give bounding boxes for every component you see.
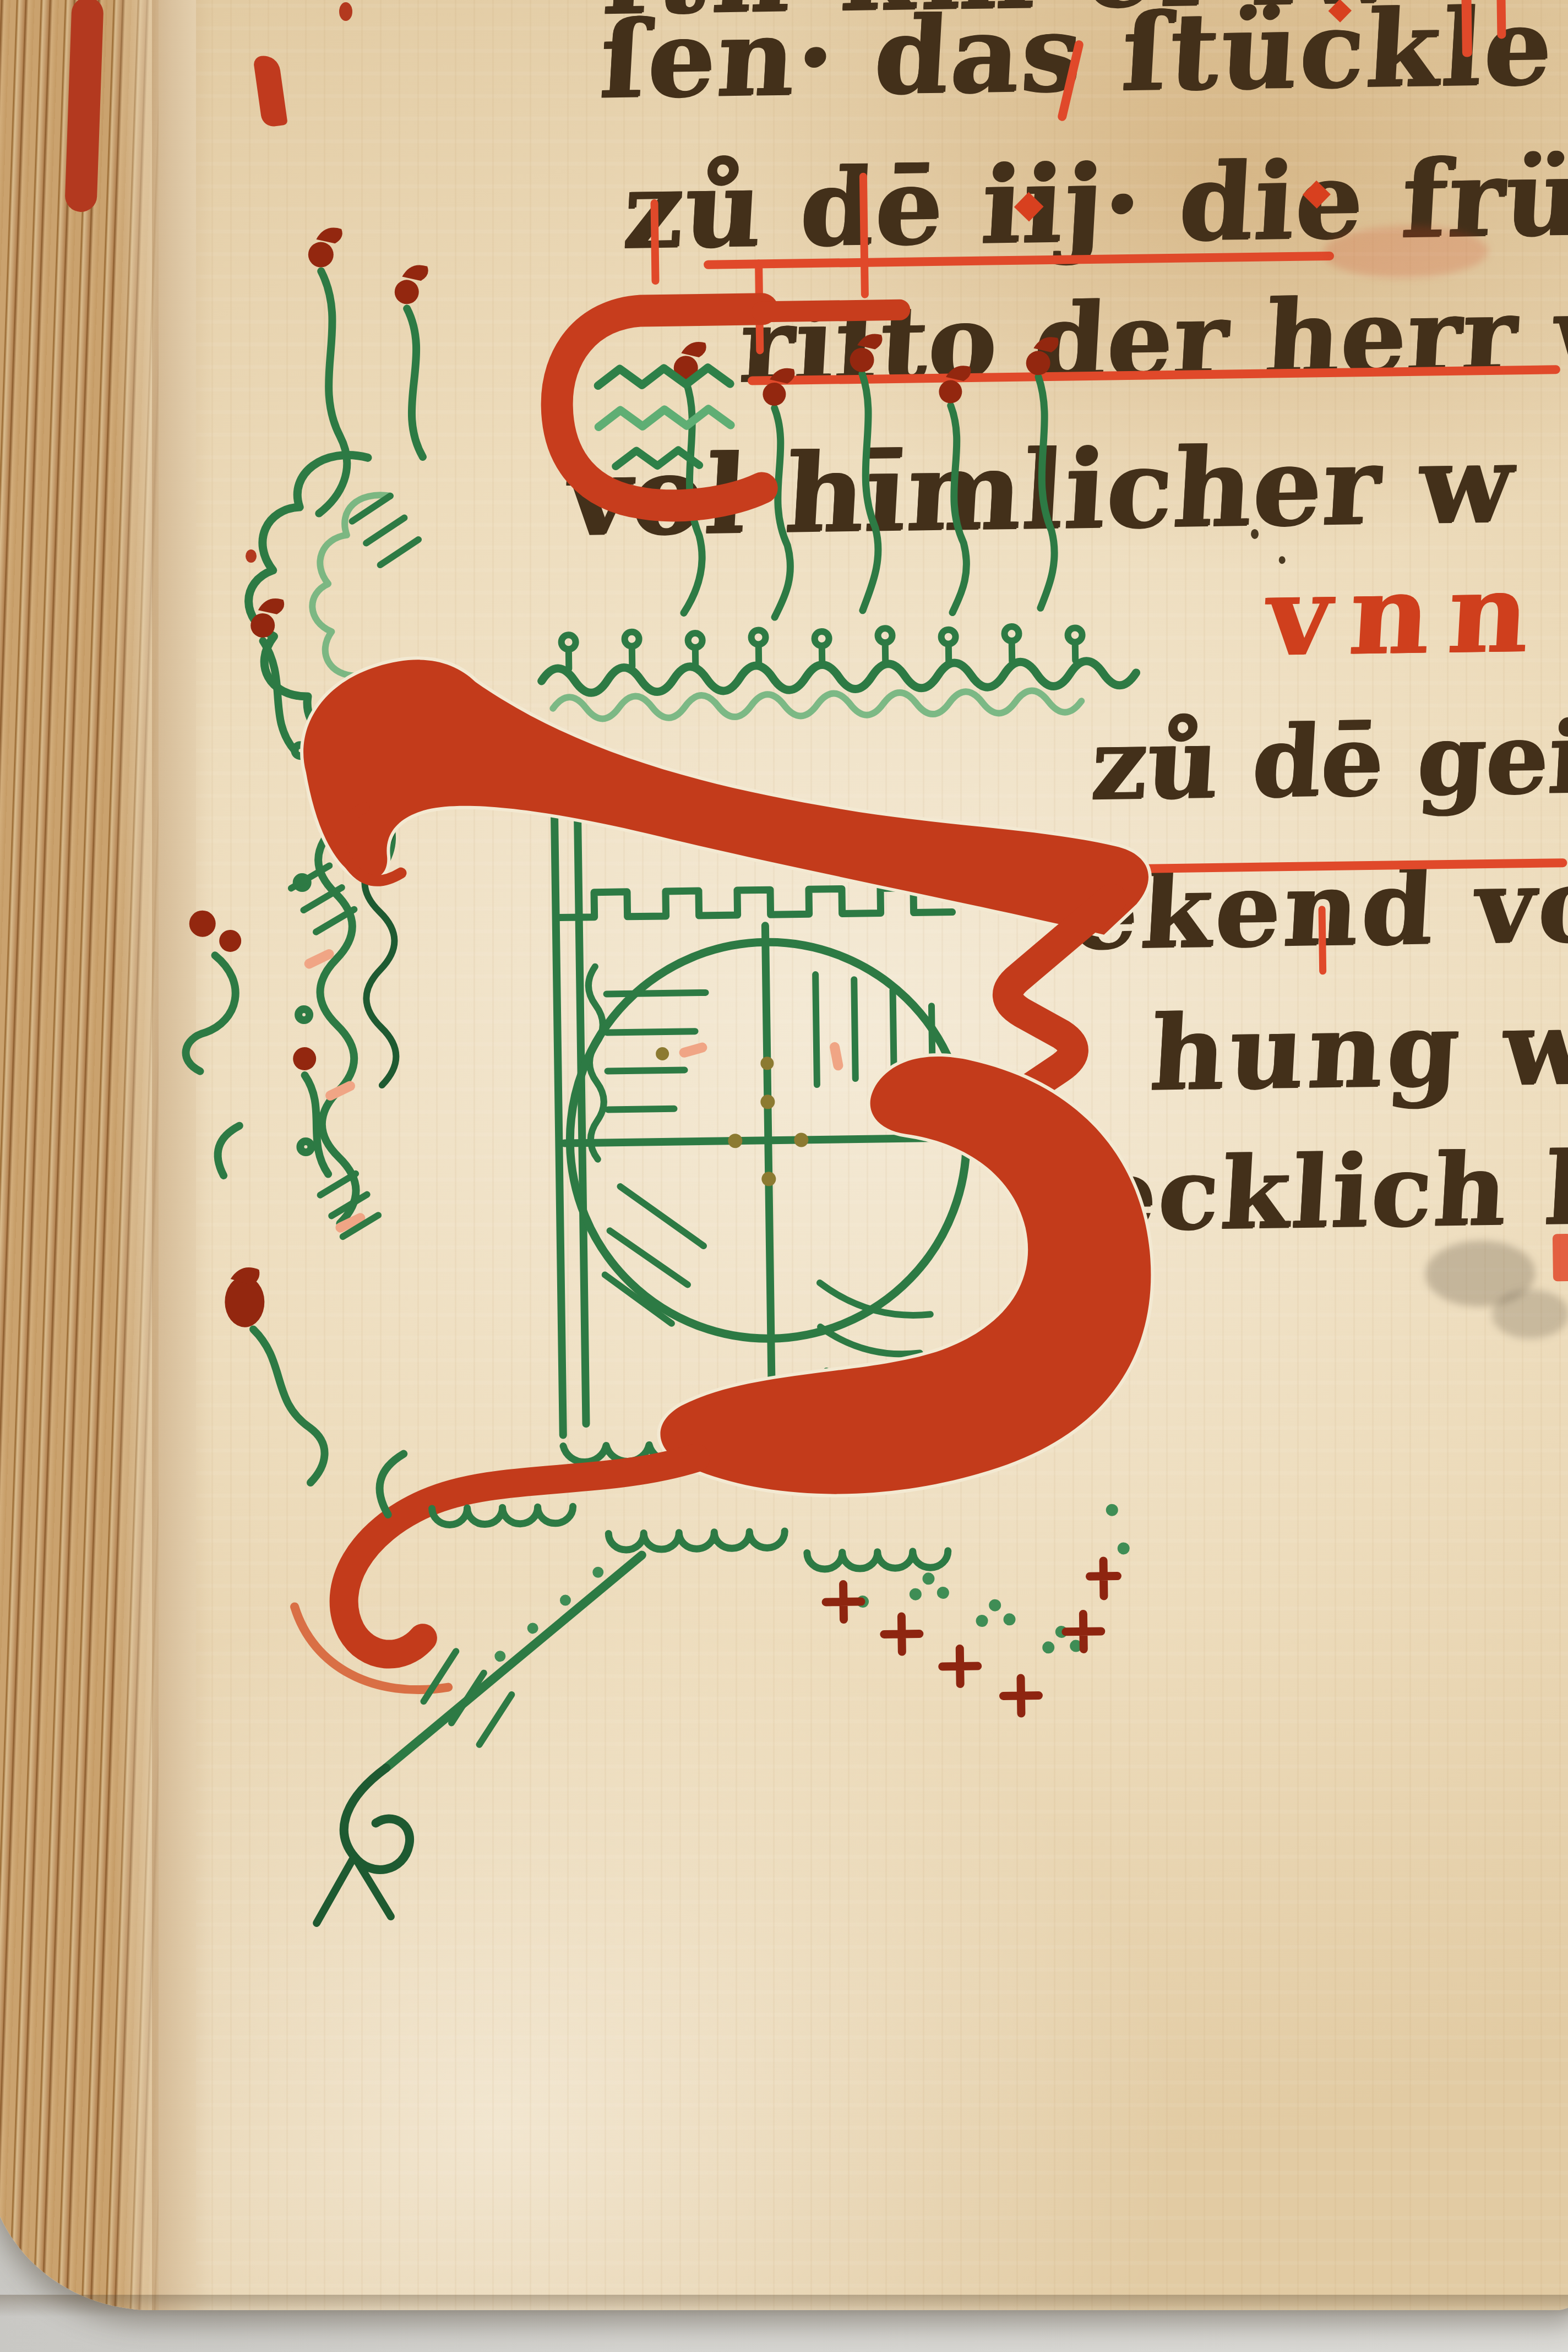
ink-fleck <box>1279 556 1286 564</box>
initial-letter-z <box>281 650 1159 1691</box>
crenellation <box>561 625 1082 668</box>
red-edge-stroke <box>1496 0 1506 39</box>
photo-background: ſtn km el ſw ſen· das ſtückle zů dē iij·… <box>0 0 1568 2352</box>
green-tail <box>312 1555 647 1923</box>
illuminated-initial <box>127 187 1226 1997</box>
rubric-text-line: vnn m <box>1264 556 1568 672</box>
red-edge-mark <box>1553 1234 1568 1281</box>
crown-band <box>541 625 1136 720</box>
red-letter-tick <box>1318 906 1326 974</box>
red-crosses <box>825 1561 1119 1716</box>
lombard-initial-c <box>556 307 902 507</box>
initial-bowl <box>655 1054 1154 1496</box>
red-edge-stroke <box>1461 0 1472 57</box>
ink-smudge <box>1491 1289 1568 1340</box>
top-red-buds <box>673 331 1063 619</box>
ink-fleck <box>1251 529 1259 539</box>
olive-dots <box>656 1045 809 1188</box>
page-bottom-shadow <box>0 2295 1568 2317</box>
manuscript-page: ſtn km el ſw ſen· das ſtückle zů dē iij·… <box>0 0 1568 2310</box>
page-content: ſtn km el ſw ſen· das ſtückle zů dē iij·… <box>0 0 1568 2310</box>
